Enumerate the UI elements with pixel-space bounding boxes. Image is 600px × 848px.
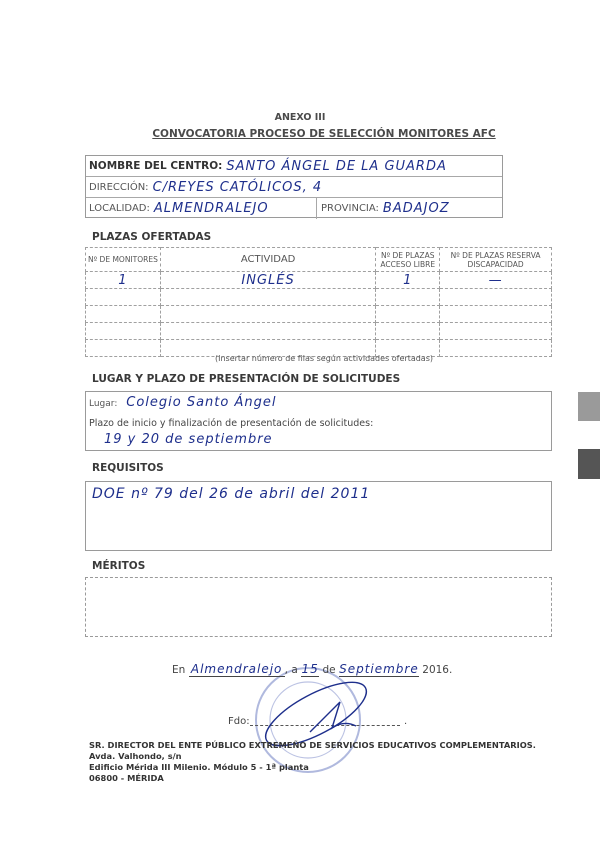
table-note: (Insertar número de filas según activida…: [0, 354, 600, 363]
annex-number: ANEXO III: [0, 112, 600, 123]
table-row: [86, 323, 552, 340]
col-actividad: ACTIVIDAD: [160, 248, 375, 272]
requisitos-heading: REQUISITOS: [92, 462, 164, 474]
cell-acceso-libre[interactable]: [376, 289, 440, 306]
year-label: 2016.: [422, 664, 452, 676]
plazas-table: Nº DE MONITORES ACTIVIDAD Nº DE PLAZAS A…: [85, 247, 552, 357]
address-row: DIRECCIÓN: C/REYES CATÓLICOS, 4: [86, 177, 502, 198]
locality-row: LOCALIDAD: ALMENDRALEJO PROVINCIA: BADAJ…: [86, 198, 502, 219]
scan-margin-mark-light: [578, 392, 600, 421]
locality-label: LOCALIDAD:: [89, 203, 150, 214]
place-value[interactable]: Colegio Santo Ángel: [126, 395, 276, 410]
cell-monitores[interactable]: [86, 323, 161, 340]
cell-reserva[interactable]: —: [440, 272, 552, 289]
period-label: Plazo de inicio y finalización de presen…: [89, 418, 373, 429]
signing-place-date: En Almendralejo, a 15 de Septiembre 2016…: [172, 662, 452, 677]
period-value[interactable]: 19 y 20 de septiembre: [104, 432, 273, 447]
cell-monitores[interactable]: 1: [86, 272, 161, 289]
de-label: de: [322, 664, 335, 676]
cell-actividad[interactable]: INGLÉS: [160, 272, 375, 289]
requisitos-value[interactable]: DOE nº 79 del 26 de abril del 2011: [92, 486, 370, 502]
cell-actividad[interactable]: [160, 306, 375, 323]
col-acceso-libre: Nº DE PLAZAS ACCESO LIBRE: [376, 248, 440, 272]
cell-reserva[interactable]: [440, 289, 552, 306]
addressee-block: SR. DIRECTOR DEL ENTE PÚBLICO EXTREMEÑO …: [89, 740, 536, 784]
table-row: [86, 306, 552, 323]
scan-margin-mark-dark: [578, 449, 600, 479]
addressee-line-1: SR. DIRECTOR DEL ENTE PÚBLICO EXTREMEÑO …: [89, 740, 536, 751]
lugar-heading: LUGAR Y PLAZO DE PRESENTACIÓN DE SOLICIT…: [92, 373, 400, 385]
cell-actividad[interactable]: [160, 323, 375, 340]
cell-acceso-libre[interactable]: [376, 323, 440, 340]
meritos-box[interactable]: [85, 577, 552, 637]
meritos-heading: MÉRITOS: [92, 560, 145, 572]
cell-monitores[interactable]: [86, 289, 161, 306]
locality-value[interactable]: ALMENDRALEJO: [154, 201, 269, 216]
cell-monitores[interactable]: [86, 306, 161, 323]
centre-name-value[interactable]: SANTO ÁNGEL DE LA GUARDA: [226, 159, 447, 174]
address-value[interactable]: C/REYES CATÓLICOS, 4: [153, 180, 323, 195]
lugar-box: Lugar: Colegio Santo Ángel Plazo de inic…: [85, 391, 552, 451]
city-field[interactable]: Almendralejo: [189, 662, 285, 677]
cell-actividad[interactable]: [160, 289, 375, 306]
centre-name-label: NOMBRE DEL CENTRO:: [89, 160, 222, 172]
requisitos-box: DOE nº 79 del 26 de abril del 2011: [85, 481, 552, 551]
a-label: , a: [285, 664, 298, 676]
place-label: Lugar:: [89, 399, 117, 409]
province-value[interactable]: BADAJOZ: [383, 201, 450, 216]
fdo-label: Fdo:: [228, 716, 250, 727]
table-row: [86, 289, 552, 306]
table-header-row: Nº DE MONITORES ACTIVIDAD Nº DE PLAZAS A…: [86, 248, 552, 272]
addressee-line-3: Edificio Mérida III Milenio. Módulo 5 - …: [89, 762, 536, 773]
col-reserva-discapacidad: Nº DE PLAZAS RESERVA DISCAPACIDAD: [440, 248, 552, 272]
centre-name-row: NOMBRE DEL CENTRO: SANTO ÁNGEL DE LA GUA…: [86, 156, 502, 177]
province-label: PROVINCIA:: [321, 203, 379, 214]
place-line: Lugar: Colegio Santo Ángel: [89, 395, 276, 410]
month-field[interactable]: Septiembre: [339, 662, 419, 677]
col-monitores: Nº DE MONITORES: [86, 248, 161, 272]
day-field[interactable]: 15: [301, 662, 319, 677]
addressee-line-4: 06800 - MÉRIDA: [89, 773, 536, 784]
address-label: DIRECCIÓN:: [89, 182, 149, 193]
fdo-end: .: [404, 716, 407, 727]
cell-reserva[interactable]: [440, 323, 552, 340]
centre-info-box: NOMBRE DEL CENTRO: SANTO ÁNGEL DE LA GUA…: [85, 155, 503, 218]
cell-acceso-libre[interactable]: [376, 306, 440, 323]
table-row: 1 INGLÉS 1 —: [86, 272, 552, 289]
province-cell: PROVINCIA: BADAJOZ: [316, 198, 450, 219]
addressee-line-2: Avda. Valhondo, s/n: [89, 751, 536, 762]
cell-acceso-libre[interactable]: 1: [376, 272, 440, 289]
plazas-heading: PLAZAS OFERTADAS: [92, 231, 211, 243]
cell-reserva[interactable]: [440, 306, 552, 323]
document-title: CONVOCATORIA PROCESO DE SELECCIÓN MONITO…: [0, 128, 600, 140]
en-label: En: [172, 664, 185, 676]
